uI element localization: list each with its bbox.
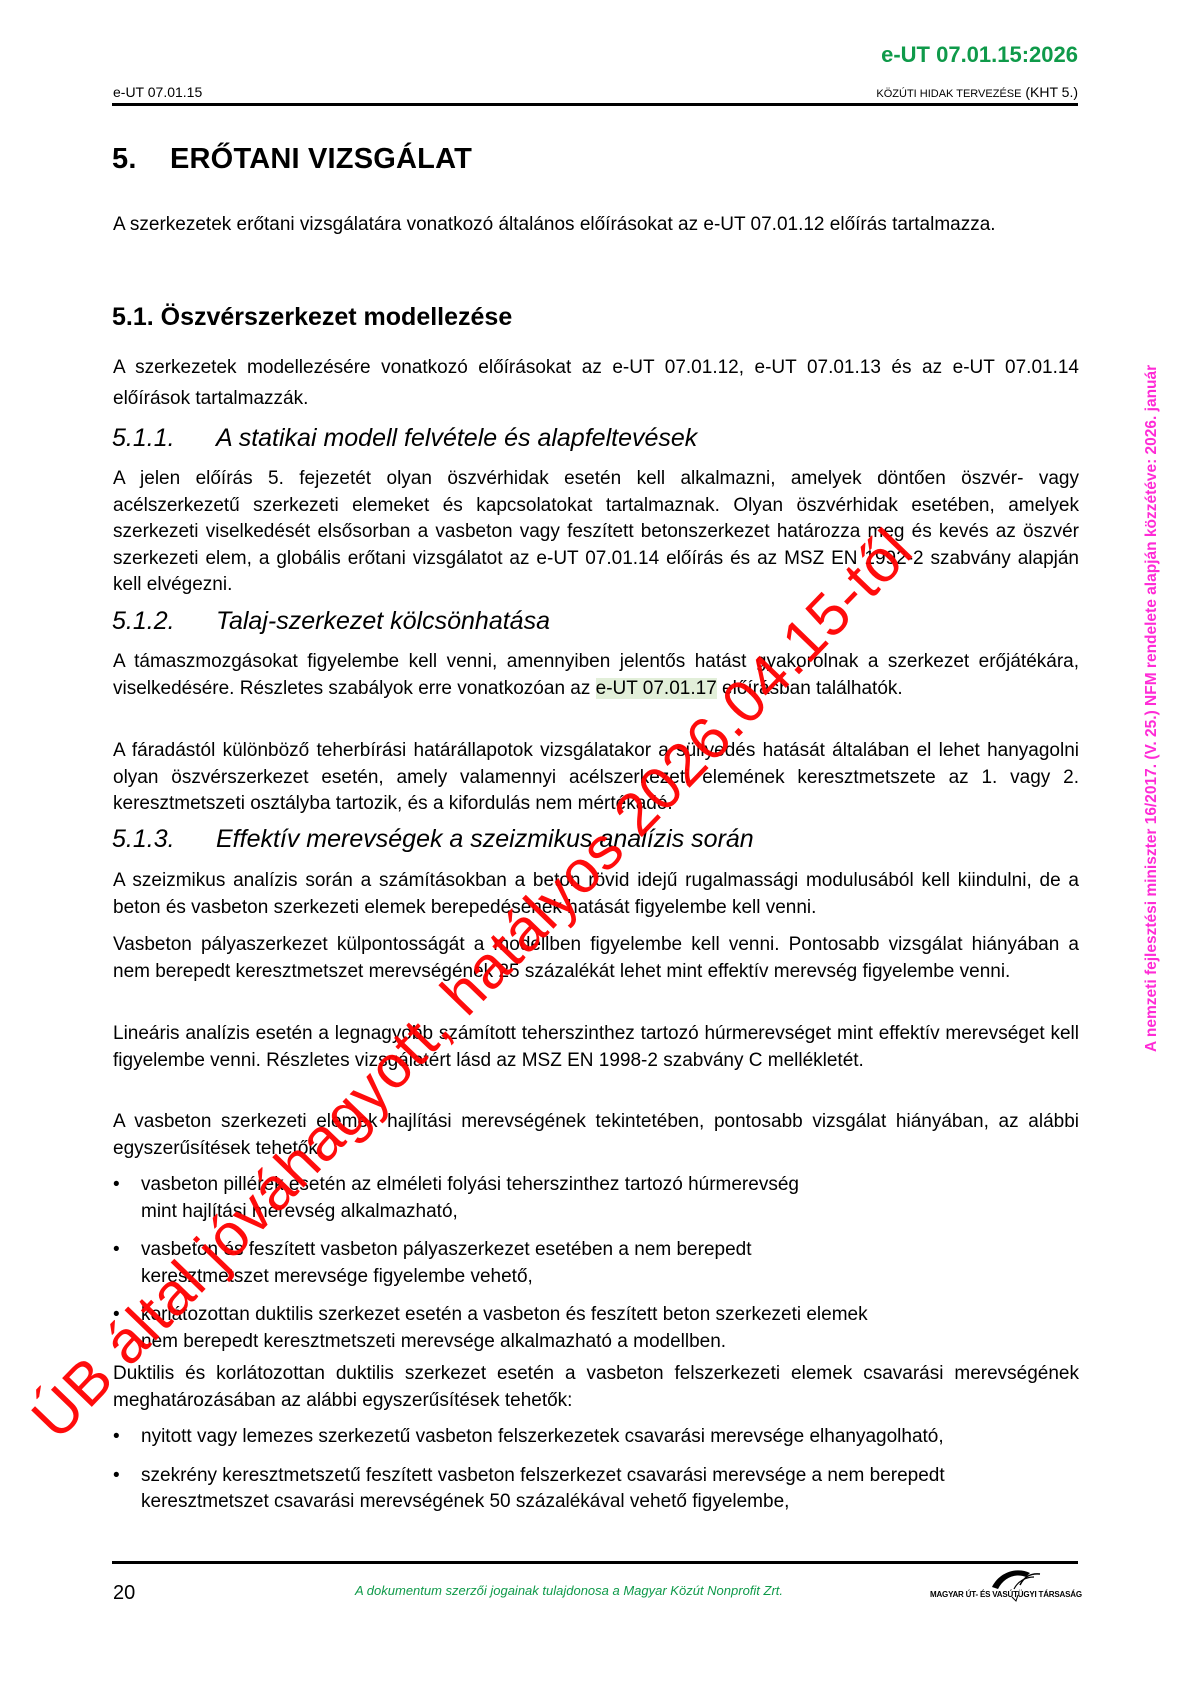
bullet-list-1: vasbeton pillérek esetén az elméleti fol… [113,1172,1079,1355]
section-5-1-3-p3: Lineáris analízis esetén a legnagyobb sz… [113,1021,1079,1074]
section-5-1-3-p2: Vasbeton pályaszerkezet külpontosságát a… [113,932,1079,985]
text: mint hajlítási merevség alkalmazható, [141,1199,1079,1226]
text: nyitott vagy lemezes szerkezetű vasbeton… [141,1424,1079,1451]
chapter-title: ERŐTANI VIZSGÁLAT [170,143,472,175]
section-number: 5.1.3. [112,825,216,854]
section-5-1-3-p5: Duktilis és korlátozottan duktilis szerk… [113,1361,1079,1414]
list-item: nyitott vagy lemezes szerkezetű vasbeton… [113,1424,1079,1451]
text: nem berepedt keresztmetszeti merevsége a… [141,1329,1079,1356]
running-header-code: (KHT 5.) [1025,84,1078,100]
section-5-1-2-heading: 5.1.2.Talaj-szerkezet kölcsönhatása [112,607,550,636]
list-item: szekrény keresztmetszetű feszített vasbe… [113,1463,1079,1516]
section-5-1-2-p1: A támaszmozgásokat figyelembe kell venni… [113,649,1079,702]
publication-note: A nemzeti fejlesztési miniszter 16/2017.… [1143,365,1161,1052]
bullet-list-2: nyitott vagy lemezes szerkezetű vasbeton… [113,1424,1079,1516]
section-5-1-1-heading: 5.1.1.A statikai modell felvétele és ala… [112,424,697,453]
list-item: vasbeton pillérek esetén az elméleti fol… [113,1172,1079,1225]
logo-text: MAGYAR ÚT- ÉS VASÚTÜGYI TÁRSASÁG [930,1590,1080,1599]
page-number: 20 [113,1582,135,1605]
section-title: Effektív merevségek a szeizmikus analízi… [216,825,754,853]
reference-link[interactable]: e-UT 07.01.17 [596,678,717,699]
chapter-heading: 5.ERŐTANI VIZSGÁLAT [112,143,472,176]
running-header-left: e-UT 07.01.15 [113,84,202,100]
section-number: 5.1.1. [112,424,216,453]
list-item: vasbeton és feszített vasbeton pályaszer… [113,1237,1079,1290]
intro-paragraph: A szerkezetek erőtani vizsgálatára vonat… [113,212,1079,239]
section-5-1-text: A szerkezetek modellezésére vonatkozó el… [113,352,1079,414]
text: korlátozottan duktilis szerkezet esetén … [141,1302,1079,1329]
text: vasbeton és feszített vasbeton pályaszer… [141,1237,1079,1264]
section-title: Talaj-szerkezet kölcsönhatása [216,607,550,635]
section-5-1-3-heading: 5.1.3.Effektív merevségek a szeizmikus a… [112,825,754,854]
header-rule [112,103,1078,106]
section-5-1-3-p1: A szeizmikus analízis során a számítások… [113,868,1079,921]
running-header-right: KÖZÚTI HIDAK TERVEZÉSE (KHT 5.) [876,84,1078,100]
text: előírásban találhatók. [717,678,903,699]
section-5-1-heading: 5.1. Öszvérszerkezet modellezése [112,303,512,332]
section-5-1-2-p2: A fáradástól különböző teherbírási határ… [113,738,1079,818]
running-header-title: KÖZÚTI HIDAK TERVEZÉSE [876,88,1021,100]
list-item: korlátozottan duktilis szerkezet esetén … [113,1302,1079,1355]
road-arc-icon [930,1565,1080,1605]
text: keresztmetszet csavarási merevségének 50… [141,1489,1079,1516]
footer-rule [112,1561,1078,1564]
section-number: 5.1.2. [112,607,216,636]
text: vasbeton pillérek esetén az elméleti fol… [141,1172,1079,1199]
text: szekrény keresztmetszetű feszített vasbe… [141,1463,1079,1490]
document-code: e-UT 07.01.15:2026 [881,42,1078,68]
section-5-1-1-text: A jelen előírás 5. fejezetét olyan öszvé… [113,466,1079,599]
chapter-number: 5. [112,143,170,176]
text: keresztmetszet merevsége figyelembe vehe… [141,1264,1079,1291]
section-title: A statikai modell felvétele és alapfelte… [216,424,697,452]
section-5-1-3-p4: A vasbeton szerkezeti elemek hajlítási m… [113,1109,1079,1162]
society-logo: MAGYAR ÚT- ÉS VASÚTÜGYI TÁRSASÁG [930,1565,1080,1605]
copyright-notice: A dokumentum szerzői jogainak tulajdonos… [355,1583,783,1598]
